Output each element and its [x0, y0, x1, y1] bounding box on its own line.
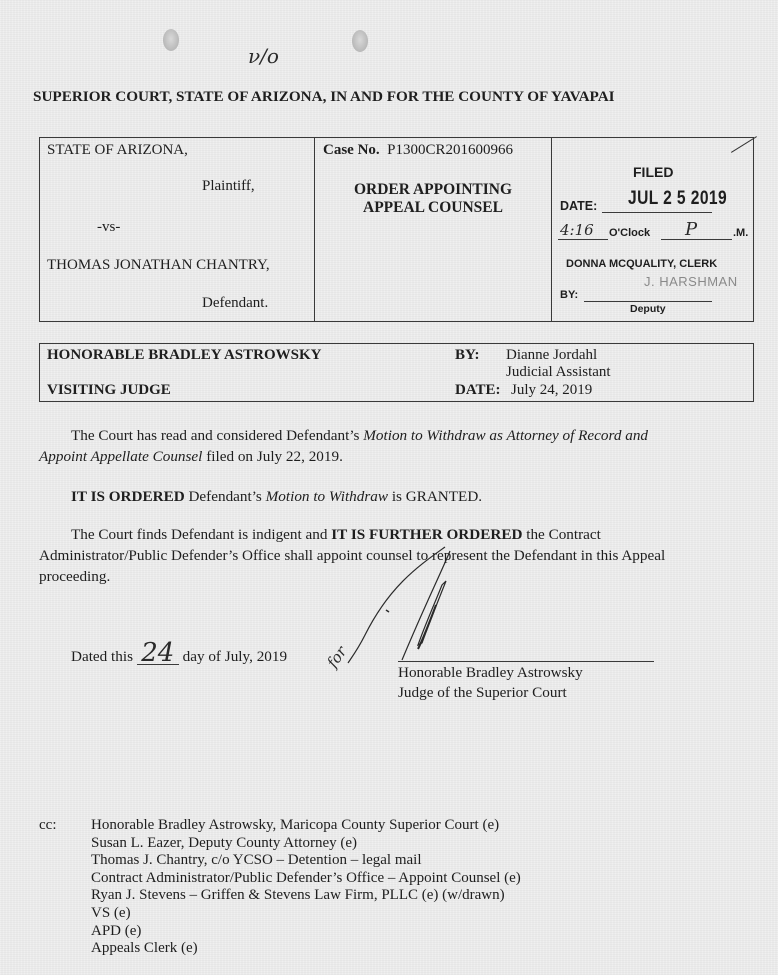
date-value: July 24, 2019 — [511, 382, 592, 399]
cc-recipient: Susan L. Eazer, Deputy County Attorney (… — [91, 835, 521, 853]
dated-post: day of July, 2019 — [183, 648, 287, 665]
handwritten-initials: ν/o — [248, 44, 279, 68]
document-title: ORDER APPOINTING APPEAL COUNSEL — [315, 181, 551, 217]
clerk-name: DONNA MCQUALITY, CLERK — [566, 258, 717, 270]
by-label: BY: — [560, 289, 578, 301]
p2-ordered: IT IS ORDERED — [71, 488, 185, 505]
date-label: DATE: — [455, 382, 501, 399]
by-label: BY: — [455, 347, 479, 364]
signer-block: Honorable Bradley Astrowsky Judge of the… — [398, 663, 583, 703]
p3-text: The Court finds Defendant is indigent an… — [71, 526, 331, 543]
parties-cell: STATE OF ARIZONA, Plaintiff, -vs- THOMAS… — [40, 138, 315, 321]
signer-title: Judge of the Superior Court — [398, 683, 583, 703]
defendant-label: Defendant. — [202, 295, 268, 312]
p3-further-ordered: IT IS FURTHER ORDERED — [331, 526, 522, 543]
filed-date-label: DATE: — [560, 199, 597, 213]
ampm-line — [661, 239, 732, 240]
case-number-value: P1300CR201600966 — [387, 142, 513, 158]
judge-name: HONORABLE BRADLEY ASTROWSKY — [47, 347, 322, 364]
cc-recipient: Honorable Bradley Astrowsky, Maricopa Co… — [91, 817, 521, 835]
filed-time-line — [558, 239, 608, 240]
plaintiff-name: STATE OF ARIZONA, — [47, 142, 188, 159]
ampm-handwritten: P — [685, 219, 697, 240]
deputy-stamp: J. HARSHMAN — [644, 274, 738, 289]
case-caption-table: STATE OF ARIZONA, Plaintiff, -vs- THOMAS… — [39, 137, 754, 322]
p2-motion-title: Motion to Withdraw — [266, 488, 388, 505]
p1-filed-text: filed on July 22, 2019. — [202, 448, 342, 465]
judge-signature — [330, 545, 480, 665]
m-label: .M. — [733, 227, 748, 239]
cc-recipient: Appeals Clerk (e) — [91, 940, 521, 958]
p1-text: The Court has read and considered Defend… — [71, 427, 363, 444]
filed-time-handwritten: 4:16 — [560, 221, 594, 239]
defendant-name: THOMAS JONATHAN CHANTRY, — [47, 257, 270, 274]
p2-granted: is GRANTED. — [388, 488, 482, 505]
dated-day-handwritten: 24 — [137, 642, 179, 665]
p3-contract: the Contract — [522, 526, 600, 543]
cc-recipient: APD (e) — [91, 923, 521, 941]
p1-motion-title-b: Appoint Appellate Counsel — [39, 448, 202, 465]
case-info-cell: Case No. P1300CR201600966 ORDER APPOINTI… — [315, 138, 552, 321]
cc-recipient: Thomas J. Chantry, c/o YCSO – Detention … — [91, 852, 521, 870]
signature-line — [398, 661, 654, 662]
cc-recipient: Contract Administrator/Public Defender’s… — [91, 870, 521, 888]
by-line — [584, 301, 712, 302]
case-number: Case No. P1300CR201600966 — [323, 142, 513, 159]
judge-title: VISITING JUDGE — [47, 382, 171, 399]
plaintiff-label: Plaintiff, — [202, 178, 255, 195]
p1-motion-title-a: Motion to Withdraw as Attorney of Record… — [363, 427, 648, 444]
cc-recipient: VS (e) — [91, 905, 521, 923]
dated-pre: Dated this — [71, 648, 133, 665]
oclock-label: O'Clock — [609, 227, 650, 239]
paragraph-considered: The Court has read and considered Defend… — [39, 425, 648, 467]
document-title-line2: APPEAL COUNSEL — [315, 199, 551, 217]
signer-name: Honorable Bradley Astrowsky — [398, 663, 583, 683]
deputy-label: Deputy — [630, 303, 666, 315]
p2-text: Defendant’s — [185, 488, 266, 505]
by-title: Judicial Assistant — [506, 364, 611, 381]
judge-info-box: HONORABLE BRADLEY ASTROWSKY VISITING JUD… — [39, 343, 754, 402]
paragraph-ordered: IT IS ORDERED Defendant’s Motion to With… — [71, 486, 482, 507]
court-title: SUPERIOR COURT, STATE OF ARIZONA, IN AND… — [33, 88, 615, 106]
document-title-line1: ORDER APPOINTING — [315, 181, 551, 199]
punch-hole-left — [163, 29, 179, 51]
punch-hole-right — [352, 30, 368, 52]
case-number-label: Case No. — [323, 142, 380, 158]
cc-recipient: Ryan J. Stevens – Griffen & Stevens Law … — [91, 887, 521, 905]
cc-label: cc: — [39, 817, 56, 835]
filed-date-line — [602, 212, 712, 213]
dated-line: Dated this 24 day of July, 2019 — [71, 642, 287, 667]
filed-heading: FILED — [633, 164, 673, 180]
versus-label: -vs- — [97, 219, 120, 236]
by-name: Dianne Jordahl — [506, 347, 597, 364]
filed-date-value: JUL 2 5 2019 — [628, 188, 727, 210]
cc-recipients-list: Honorable Bradley Astrowsky, Maricopa Co… — [91, 817, 521, 958]
filed-stamp: FILED DATE: JUL 2 5 2019 4:16 O'Clock P … — [552, 138, 753, 321]
